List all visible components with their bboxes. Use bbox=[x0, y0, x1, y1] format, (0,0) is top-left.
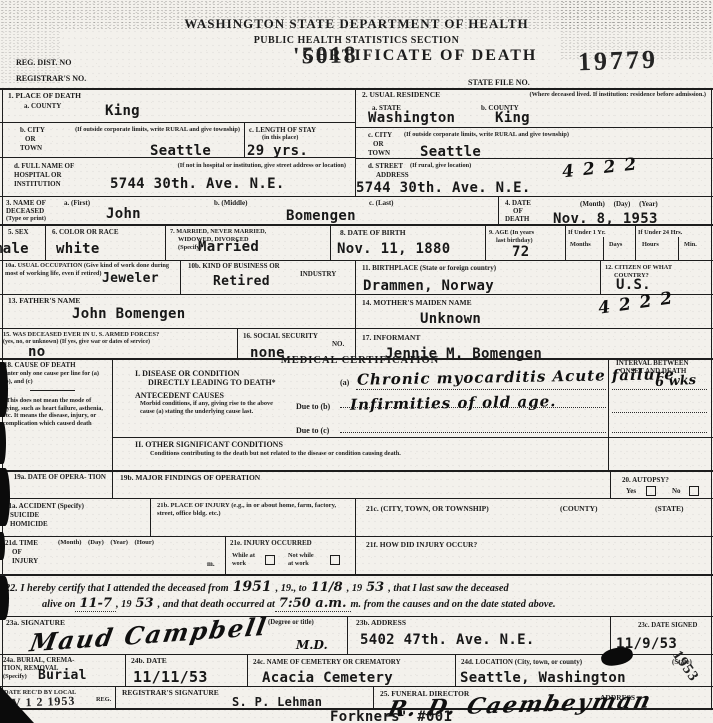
hospital-label-3: INSTITUTION bbox=[14, 180, 61, 189]
registrars-no-label: REGISTRAR'S NO. bbox=[16, 74, 86, 83]
birthplace-value: Drammen, Norway bbox=[363, 278, 494, 294]
injury-occurred-label: 21e. INJURY OCCURRED bbox=[230, 540, 312, 548]
cemetery-location-label: 24d. LOCATION (City, town, or county) bbox=[461, 658, 582, 667]
certify-last-seen-year-handwriting: 53 bbox=[131, 596, 157, 611]
certify-to-date-handwriting: 11/8 bbox=[307, 580, 347, 595]
degree-or-title-label: (Degree or title) bbox=[268, 619, 314, 627]
residence-or-label: OR bbox=[373, 140, 384, 149]
certify-from-year-handwriting: 1951 bbox=[229, 579, 276, 595]
business-label-2: INDUSTRY bbox=[300, 270, 336, 279]
reg-dist-no-label: REG. DIST. NO bbox=[16, 58, 71, 67]
first-name-value: John bbox=[106, 206, 141, 222]
document-title: WASHINGTON STATE DEPARTMENT OF HEALTH bbox=[0, 20, 713, 29]
time-of-injury-label-2: OF bbox=[12, 548, 22, 557]
age-under1-label: If Under 1 Yr. bbox=[568, 229, 606, 237]
date-received-label-2: REG. bbox=[96, 696, 111, 704]
cemetery-location-value: Seattle, Washington bbox=[460, 670, 626, 686]
antecedent-label: ANTECEDENT CAUSES bbox=[135, 391, 224, 400]
residence-city-label: c. CITY bbox=[368, 131, 392, 140]
interval-a-handwriting: 6 wks bbox=[655, 373, 697, 390]
disease-a-label: (a) bbox=[340, 378, 349, 387]
age-months-label: Months bbox=[570, 241, 591, 249]
residence-county-value: King bbox=[495, 110, 530, 126]
armed-forces-label: 15. WAS DECEASED EVER IN U. S. ARMED FOR… bbox=[3, 331, 159, 339]
length-of-stay-value: 29 yrs. bbox=[247, 143, 308, 159]
street-address-label: ADDRESS bbox=[376, 171, 409, 180]
injury-county-label: (COUNTY) bbox=[560, 505, 598, 514]
certify-last-seen-handwriting: 11-7 bbox=[75, 596, 116, 612]
last-name-label: c. (Last) bbox=[369, 199, 394, 208]
scan-artifact bbox=[0, 576, 9, 620]
citizen-label-1: 12. CITIZEN OF WHAT bbox=[605, 264, 672, 272]
business-value: Retired bbox=[213, 274, 270, 289]
burial-label-1: 24a. BURIAL, CREMA- bbox=[3, 657, 74, 665]
scan-artifact bbox=[0, 422, 6, 464]
place-of-injury-label: 21b. PLACE OF INJURY (e.g., in or about … bbox=[157, 502, 347, 517]
burial-label-3: (Specify) bbox=[3, 673, 27, 681]
date-of-death-label-3: DEATH bbox=[505, 215, 529, 224]
cemetery-value: Acacia Cemetery bbox=[262, 670, 393, 686]
age-min-label: Min. bbox=[684, 241, 697, 249]
autopsy-no-checkbox[interactable] bbox=[689, 486, 699, 496]
city-note: (If outside corporate limits, write RURA… bbox=[58, 126, 240, 134]
certify-to-year-handwriting: 53 bbox=[362, 580, 388, 595]
street-note: (If rural, give location) bbox=[410, 162, 530, 170]
father-name-label: 13. FATHER'S NAME bbox=[8, 297, 80, 306]
certificate-title: CERTIFICATE OF DEATH bbox=[250, 52, 590, 61]
scan-artifact bbox=[0, 362, 8, 417]
residence-city-note: (If outside corporate limits, write RURA… bbox=[404, 131, 704, 139]
while-at-work-checkbox[interactable] bbox=[265, 555, 275, 565]
suicide-label: SUICIDE bbox=[10, 511, 39, 520]
certify-text: 22. I hereby certify that I attended the… bbox=[5, 583, 229, 594]
residence-town-label: TOWN bbox=[368, 149, 390, 158]
autopsy-no-label: No bbox=[672, 487, 681, 496]
residence-state-value: Washington bbox=[368, 110, 455, 126]
how-injury-occurred-label: 21f. HOW DID INJURY OCCUR? bbox=[366, 541, 477, 550]
not-while-at-work-label-1: Not while bbox=[288, 552, 314, 560]
middle-name-label: b. (Middle) bbox=[214, 199, 247, 208]
cause-of-death-label: 18. CAUSE OF DEATH bbox=[4, 361, 76, 370]
injury-city-label: 21c. (CITY, TOWN, OR TOWNSHIP) bbox=[366, 505, 489, 514]
business-label-1: 10b. KIND OF BUSINESS OR bbox=[188, 262, 280, 271]
physician-degree-handwriting: M.D. bbox=[296, 638, 328, 652]
age-days-label: Days bbox=[609, 241, 622, 249]
medical-certification-title: MEDICAL CERTIFICATION bbox=[112, 357, 608, 366]
informant-label: 17. INFORMANT bbox=[362, 334, 420, 343]
burial-date-label: 24b. DATE bbox=[131, 657, 167, 666]
ink-blot bbox=[600, 645, 635, 668]
length-of-stay-note: (in this place) bbox=[262, 134, 352, 142]
due-to-b-label: Due to (b) bbox=[296, 402, 330, 411]
time-of-injury-m-label: m. bbox=[207, 560, 215, 569]
registrar-signature-value: S. P. Lehman bbox=[232, 695, 322, 709]
burial-value: Burial bbox=[38, 668, 87, 683]
certify-time-handwriting: 7:50 a.m. bbox=[275, 596, 351, 612]
injury-state-label: (STATE) bbox=[655, 505, 683, 514]
disease-label-1: I. DISEASE OR CONDITION bbox=[135, 369, 239, 378]
county-value: King bbox=[105, 103, 140, 119]
hospital-value: 5744 30th. Ave. N.E. bbox=[110, 176, 285, 192]
age-label-1: 9. AGE (In years bbox=[489, 229, 534, 237]
cause-note-1: Enter only one cause per line for (a) (b… bbox=[3, 370, 109, 385]
county-label: a. COUNTY bbox=[24, 102, 61, 111]
race-value: white bbox=[56, 241, 100, 257]
city-label: b. CITY bbox=[20, 126, 45, 135]
sex-value: male bbox=[0, 241, 29, 257]
ssn-label: 16. SOCIAL SECURITY bbox=[243, 332, 318, 341]
physician-address-label: 23b. ADDRESS bbox=[356, 619, 406, 628]
ssn-no-label: NO. bbox=[332, 340, 344, 349]
scan-artifact bbox=[0, 468, 10, 526]
registrar-signature-label: REGISTRAR'S SIGNATURE bbox=[122, 689, 219, 698]
name-label-3: (Type or print) bbox=[6, 215, 46, 223]
funeral-firm-value: Forkners' #001 bbox=[330, 709, 452, 723]
mother-name-value: Unknown bbox=[420, 311, 481, 327]
burial-date-value: 11/11/53 bbox=[133, 668, 208, 686]
cause-b-handwriting: Infirmities of old age. bbox=[350, 392, 557, 414]
time-of-injury-label-1: 21d. TIME bbox=[5, 539, 38, 548]
race-label: 6. COLOR OR RACE bbox=[52, 228, 119, 237]
operation-date-label: 19a. DATE OF OPERA- TION bbox=[6, 474, 106, 482]
date-of-death-columns: (Month) (Day) (Year) bbox=[580, 200, 658, 209]
street-label: d. STREET bbox=[368, 162, 403, 171]
homicide-label: HOMICIDE bbox=[10, 520, 48, 529]
mother-name-label: 14. MOTHER'S MAIDEN NAME bbox=[362, 299, 472, 308]
usual-residence-label: 2. USUAL RESIDENCE bbox=[362, 91, 440, 100]
due-to-c-label: Due to (c) bbox=[296, 426, 329, 435]
marital-label-1: 7. MARRIED, NEVER MARRIED, bbox=[170, 228, 266, 236]
place-of-death-label: 1. PLACE OF DEATH bbox=[8, 92, 81, 101]
autopsy-yes-label: Yes bbox=[626, 487, 636, 496]
cause-note-2: *This does not mean the mode of dying, s… bbox=[3, 397, 109, 427]
accident-label: 21a. ACCIDENT (Specify) bbox=[5, 502, 84, 511]
city-town-label: TOWN bbox=[20, 144, 42, 153]
armed-forces-value: no bbox=[28, 344, 45, 360]
sex-label: 5. SEX bbox=[8, 228, 29, 237]
autopsy-yes-checkbox[interactable] bbox=[646, 486, 656, 496]
operation-findings-label: 19b. MAJOR FINDINGS OF OPERATION bbox=[120, 474, 260, 483]
father-name-value: John Bomengen bbox=[72, 306, 185, 322]
autopsy-label: 20. AUTOPSY? bbox=[622, 476, 669, 485]
residence-city-value: Seattle bbox=[420, 144, 481, 160]
other-conditions-note: Conditions contributing to the death but… bbox=[150, 450, 420, 458]
marital-value: Married bbox=[198, 239, 259, 255]
usual-residence-note: (Where deceased lived. If institution: r… bbox=[448, 91, 706, 99]
mother-annotation-handwriting: 4222 bbox=[597, 287, 682, 318]
birth-date-label: 8. DATE OF BIRTH bbox=[340, 229, 406, 238]
city-value: Seattle bbox=[150, 143, 211, 159]
hospital-label-1: d. FULL NAME OF bbox=[14, 162, 74, 171]
state-file-no-label: STATE FILE NO. bbox=[468, 78, 530, 87]
hospital-note: (If not in hospital or institution, give… bbox=[118, 162, 346, 170]
time-of-injury-label-3: INJURY bbox=[12, 557, 38, 566]
not-while-at-work-checkbox[interactable] bbox=[330, 555, 340, 565]
armed-forces-note: (yes, no, or unknown) (If yes, give war … bbox=[3, 339, 150, 347]
time-of-injury-cols: (Month) (Day) (Year) (Hour) bbox=[58, 539, 154, 548]
certification-line-2: alive on11-7, 1953, and that death occur… bbox=[42, 596, 556, 611]
age-hours-label: Hours bbox=[642, 241, 659, 249]
first-name-label: a. (First) bbox=[64, 199, 90, 208]
citizen-value: U.S. bbox=[616, 277, 651, 293]
antecedent-note: Morbid conditions, if any, giving rise t… bbox=[140, 400, 288, 415]
age-value: 72 bbox=[512, 244, 529, 260]
birth-date-value: Nov. 11, 1880 bbox=[337, 241, 450, 257]
scan-artifact bbox=[0, 532, 5, 560]
disease-label-2: DIRECTLY LEADING TO DEATH* bbox=[148, 378, 276, 387]
physician-address-value: 5402 47th. Ave. N.E. bbox=[360, 632, 535, 648]
occupation-value: Jeweler bbox=[102, 271, 159, 286]
hospital-label-2: HOSPITAL OR bbox=[14, 171, 62, 180]
age-under24-label: If Under 24 Hrs. bbox=[638, 229, 682, 237]
city-or-label: OR bbox=[25, 135, 36, 144]
while-at-work-label-2: work bbox=[232, 560, 246, 568]
while-at-work-label-1: While at bbox=[232, 552, 255, 560]
last-name-value: Bomengen bbox=[286, 208, 356, 224]
certification-line-1: 22. I hereby certify that I attended the… bbox=[5, 579, 509, 595]
birthplace-label: 11. BIRTHPLACE (State or foreign country… bbox=[362, 264, 496, 273]
state-file-no-stamp: 19779 bbox=[578, 45, 659, 78]
date-signed-label: 23c. DATE SIGNED bbox=[638, 622, 697, 630]
death-certificate-document: WASHINGTON STATE DEPARTMENT OF HEALTH PU… bbox=[0, 0, 713, 723]
cemetery-label: 24c. NAME OF CEMETERY OR CREMATORY bbox=[253, 658, 401, 667]
not-while-at-work-label-2: at work bbox=[288, 560, 309, 568]
other-conditions-label: II. OTHER SIGNIFICANT CONDITIONS bbox=[135, 440, 283, 449]
date-of-death-value: Nov. 8, 1953 bbox=[553, 211, 658, 227]
street-value: 5744 30th. Ave. N.E. bbox=[356, 180, 531, 196]
